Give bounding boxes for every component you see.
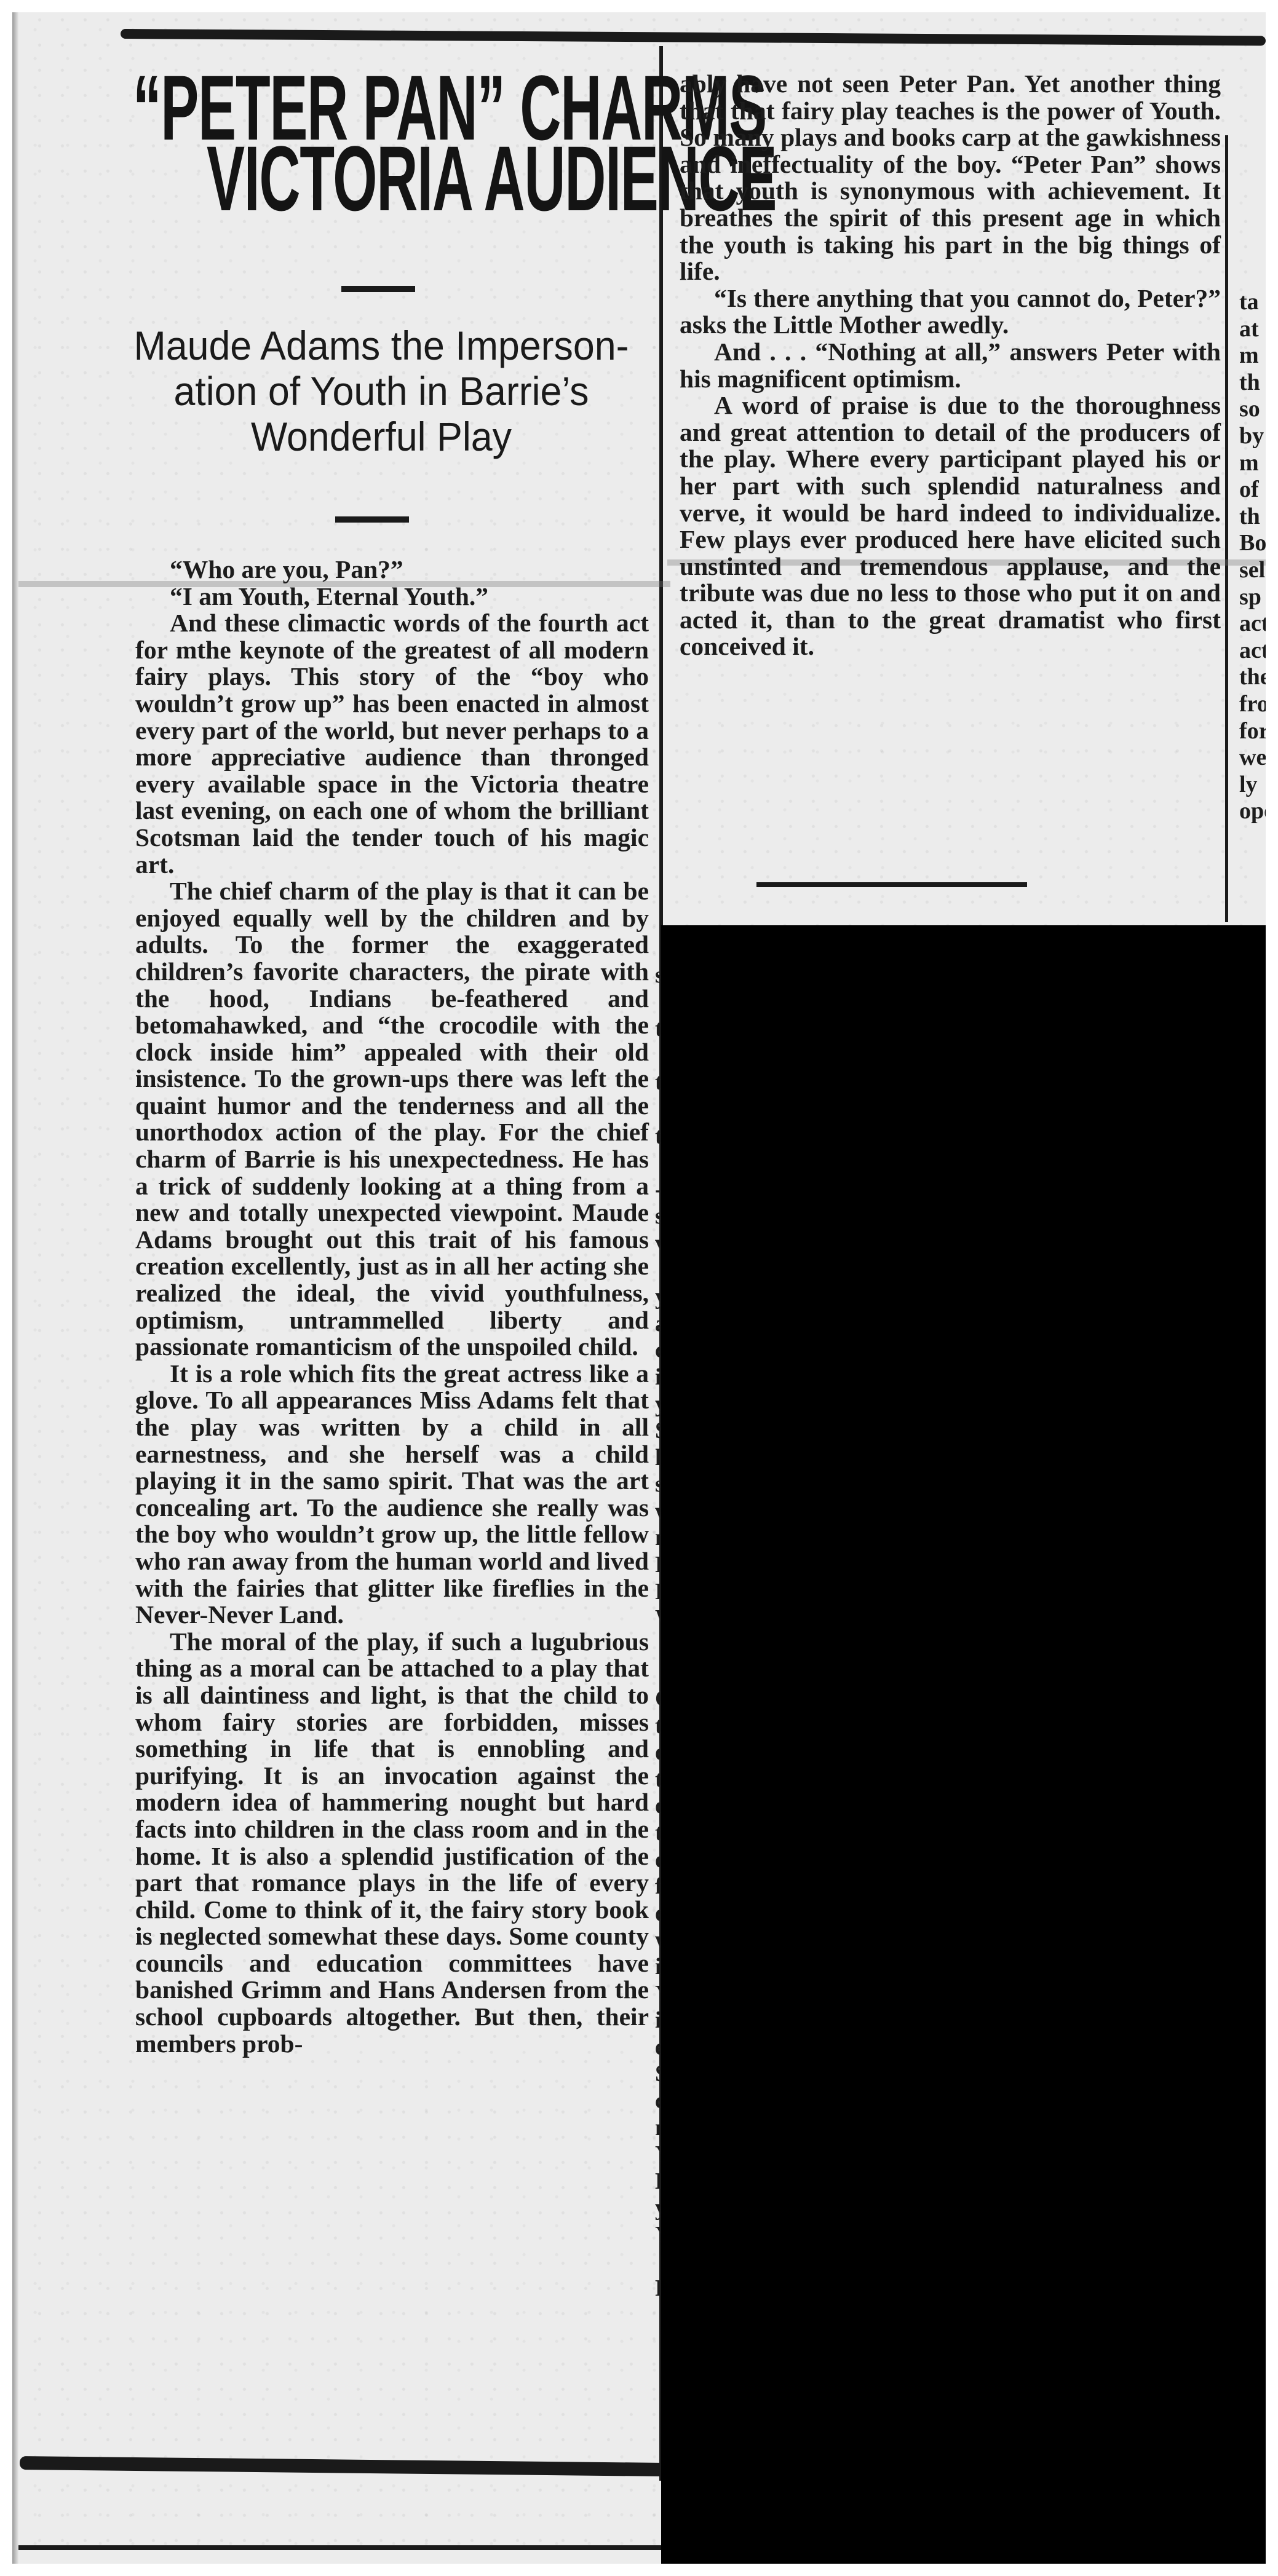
- redacted-region: [661, 925, 1266, 2564]
- newspaper-clipping: “PETER PAN” CHARMS VICTORIA AUDIENCE Mau…: [12, 12, 1266, 2564]
- paragraph: A word of praise is due to the thoroughn…: [680, 392, 1221, 660]
- article-body-left-column: “Who are you, Pan?”“I am Youth, Eternal …: [135, 556, 649, 2057]
- fragment-line: ly: [1239, 772, 1266, 799]
- fragment-line: ope: [1239, 798, 1266, 825]
- bottom-rule: [20, 2456, 672, 2476]
- fragment-line: so: [1239, 396, 1266, 423]
- paragraph: The moral of the play, if such a lugubri…: [135, 1629, 649, 2058]
- fragment-line: by: [1239, 423, 1266, 450]
- fragment-line: fro: [1239, 691, 1266, 718]
- fragment-line: th: [1239, 504, 1266, 531]
- paragraph: The chief charm of the play is that it c…: [135, 878, 649, 1361]
- fragment-line: of: [1239, 476, 1266, 504]
- paragraph: And these climactic words of the fourth …: [135, 610, 649, 878]
- paragraph: “I am Youth, Eternal Youth.”: [135, 583, 649, 610]
- column-rule-right: [1225, 135, 1228, 922]
- fragment-line: for: [1239, 718, 1266, 745]
- fragment-line: m: [1239, 342, 1266, 369]
- fragment-line: th: [1239, 369, 1266, 397]
- bottom-rule-lower: [18, 2545, 670, 2550]
- fragment-line: we: [1239, 745, 1266, 772]
- fragment-line: the: [1239, 664, 1266, 691]
- fragment-line: Bo: [1239, 530, 1266, 557]
- top-rule: [121, 29, 1266, 45]
- fragment-line: ta: [1239, 289, 1266, 316]
- fragment-line: act: [1239, 610, 1266, 638]
- fragment-line: sel: [1239, 557, 1266, 584]
- paragraph: And . . . “Nothing at all,” answers Pete…: [680, 339, 1221, 392]
- fragment-line: at: [1239, 316, 1266, 343]
- fragment-line: m: [1239, 450, 1266, 477]
- paragraph: “Is there anything that you cannot do, P…: [680, 285, 1221, 339]
- fragment-line: sp: [1239, 584, 1266, 611]
- fragment-line: act: [1239, 638, 1266, 665]
- paragraph: “Who are you, Pan?”: [135, 556, 649, 583]
- headline-divider: [341, 286, 415, 292]
- adjacent-article-fragment-right: taatmthsobymofthBoselspactactthefroforwe…: [1239, 289, 1266, 825]
- article-body-right-column: ably have not seen Peter Pan. Yet anothe…: [680, 71, 1221, 660]
- article-end-rule: [756, 882, 1027, 887]
- scan-edge: [12, 12, 18, 2564]
- paragraph: It is a role which fits the great actres…: [135, 1361, 649, 1629]
- subheadline: Maude Adams the Imperson-ation of Youth …: [113, 323, 650, 459]
- subheadline-divider: [335, 516, 409, 523]
- paragraph: ably have not seen Peter Pan. Yet anothe…: [680, 71, 1221, 285]
